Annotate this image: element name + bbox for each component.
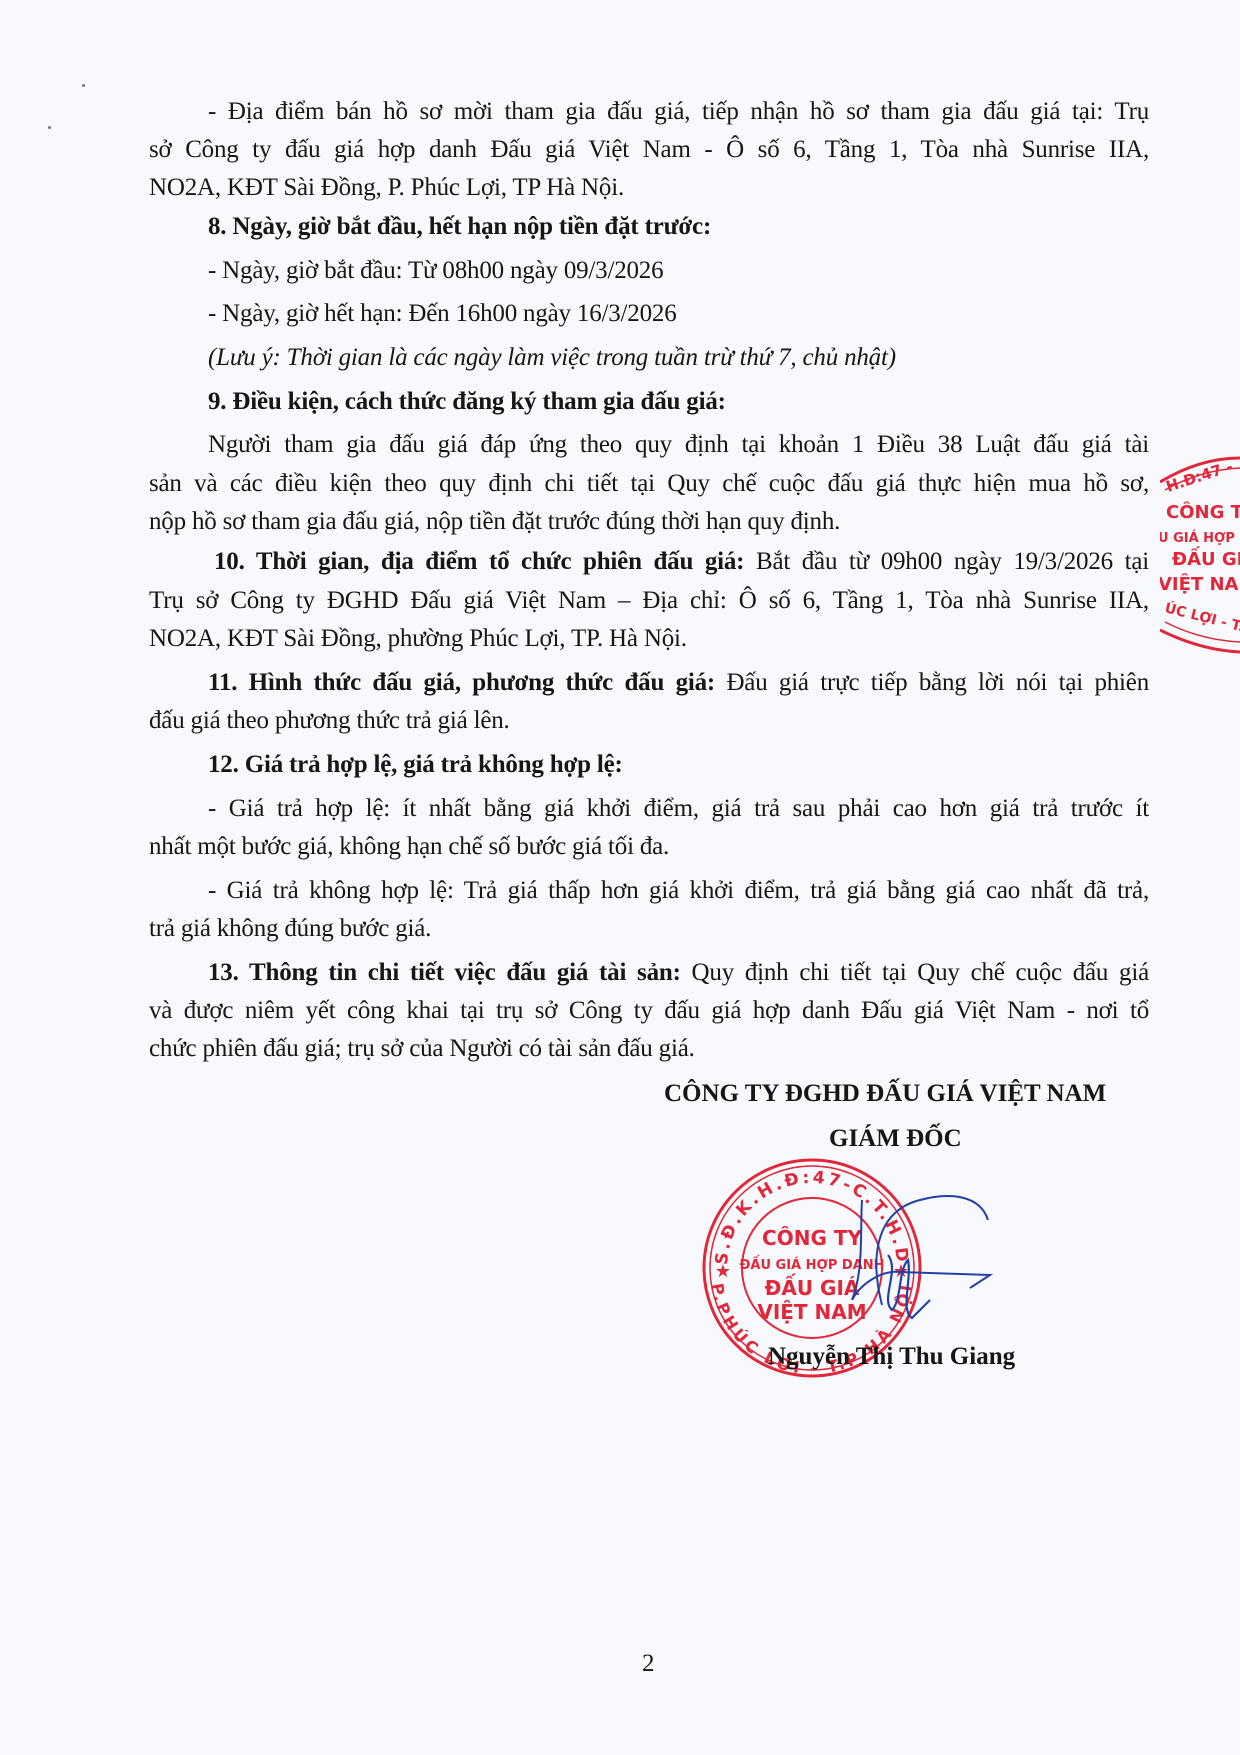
s9-line-2: sản và các điều kiện theo quy định chi t… bbox=[149, 469, 1149, 499]
deposit-start: - Ngày, giờ bắt đầu: Từ 08h00 ngày 09/3/… bbox=[208, 256, 1149, 286]
section-9-heading: 9. Điều kiện, cách thức đăng ký tham gia… bbox=[208, 387, 1149, 417]
valid-bid-line-1: - Giá trả hợp lệ: ít nhất bằng giá khởi … bbox=[208, 794, 1149, 824]
signatory-name: Nguyễn Thị Thu Giang bbox=[768, 1343, 1015, 1371]
section-13-heading: 13. Thông tin chi tiết việc đấu giá tài … bbox=[208, 959, 681, 986]
deposit-note: (Lưu ý: Thời gian là các ngày làm việc t… bbox=[208, 343, 1149, 373]
signature-company: CÔNG TY ĐGHD ĐẤU GIÁ VIỆT NAM bbox=[664, 1080, 1106, 1108]
svg-text:VIỆT NAM: VIỆT NAM bbox=[1160, 573, 1240, 595]
section-11-heading: 11. Hình thức đấu giá, phương thức đấu g… bbox=[208, 669, 715, 696]
s13-line-2: và được niêm yết công khai tại trụ sở Cô… bbox=[149, 996, 1149, 1026]
document-page: - Địa điểm bán hồ sơ mời tham gia đấu gi… bbox=[0, 0, 1240, 1755]
section-10-heading: 10. Thời gian, địa điểm tổ chức phiên đấ… bbox=[214, 548, 744, 575]
page-number: 2 bbox=[642, 1650, 655, 1678]
s10-line-1: 10. Thời gian, địa điểm tổ chức phiên đấ… bbox=[214, 547, 1149, 577]
svg-text:ĐẤU GIÁ: ĐẤU GIÁ bbox=[1172, 546, 1240, 570]
s9-line-3: nộp hồ sơ tham gia đấu giá, nộp tiền đặt… bbox=[149, 507, 1149, 537]
s13-line-3: chức phiên đấu giá; trụ sở của Người có … bbox=[149, 1034, 1149, 1064]
section-8-heading: 8. Ngày, giờ bắt đầu, hết hạn nộp tiền đ… bbox=[208, 212, 1149, 242]
s13-line-1: 13. Thông tin chi tiết việc đấu giá tài … bbox=[208, 958, 1149, 988]
handwritten-signature-icon bbox=[840, 1190, 1000, 1340]
svg-text:★: ★ bbox=[715, 1261, 731, 1282]
signature-title: GIÁM ĐỐC bbox=[829, 1125, 962, 1153]
s10-line-2: Trụ sở Công ty ĐGHD Đấu giá Việt Nam – Đ… bbox=[149, 586, 1149, 616]
svg-text:U GIÁ HỢP D: U GIÁ HỢP D bbox=[1160, 530, 1240, 546]
svg-text:CÔNG TY: CÔNG TY bbox=[1166, 501, 1240, 523]
scan-speck bbox=[82, 84, 85, 87]
section-12-heading: 12. Giá trả hợp lệ, giá trả không hợp lệ… bbox=[208, 750, 1149, 780]
invalid-bid-line-2: trả giá không đúng bước giá. bbox=[149, 914, 1149, 944]
valid-bid-line-2: nhất một bước giá, không hạn chế số bước… bbox=[149, 832, 1149, 862]
s11-line-2: đấu giá theo phương thức trả giá lên. bbox=[149, 706, 1149, 736]
p7-line-1: - Địa điểm bán hồ sơ mời tham gia đấu gi… bbox=[208, 97, 1149, 127]
deposit-end: - Ngày, giờ hết hạn: Đến 16h00 ngày 16/3… bbox=[208, 299, 1149, 329]
p7-line-2: sở Công ty đấu giá hợp danh Đấu giá Việt… bbox=[149, 135, 1149, 165]
edge-seal-fragment-icon: H.Đ:47 - CÔNG TY U GIÁ HỢP D ĐẤU GIÁ VIỆ… bbox=[1160, 440, 1240, 660]
svg-text:ÚC LỢI - T.P: ÚC LỢI - T.P bbox=[1163, 598, 1240, 638]
s11-line-1: 11. Hình thức đấu giá, phương thức đấu g… bbox=[208, 668, 1149, 698]
s10-line-3: NO2A, KĐT Sài Đồng, phường Phúc Lợi, TP.… bbox=[149, 624, 1149, 654]
s9-line-1: Người tham gia đấu giá đáp ứng theo quy … bbox=[208, 430, 1149, 460]
scan-speck bbox=[48, 126, 51, 129]
invalid-bid-line-1: - Giá trả không hợp lệ: Trả giá thấp hơn… bbox=[208, 876, 1149, 906]
p7-line-3: NO2A, KĐT Sài Đồng, P. Phúc Lợi, TP Hà N… bbox=[149, 173, 1149, 203]
